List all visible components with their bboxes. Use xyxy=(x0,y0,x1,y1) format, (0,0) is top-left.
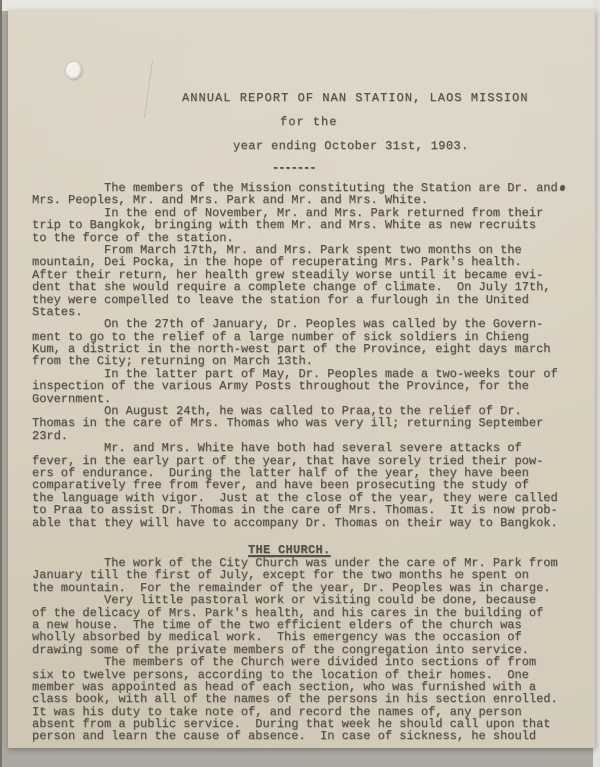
document-line: January till the first of July, except f… xyxy=(32,569,577,581)
document-line: they were compelled to leave the station… xyxy=(32,294,577,306)
document-line: trip to Bangkok, bringing with them Mr. … xyxy=(32,219,577,231)
page-title: ANNUAL REPORT OF NAN STATION, LAOS MISSI… xyxy=(182,91,529,105)
document-line: The members of the Church were divided i… xyxy=(32,656,577,668)
document-line: person and learn the cause of absence. I… xyxy=(32,730,577,742)
document-line: comparatively free from fever, and have … xyxy=(32,479,577,491)
document-line: On the 27th of January, Dr. Peoples was … xyxy=(32,318,577,330)
document-line: mountain, Dei Pocka, in the hope of recu… xyxy=(32,256,577,268)
section-heading: THE CHURCH. xyxy=(248,543,331,557)
document-line: Mrs. Peoples, Mr. and Mrs. Park and Mr. … xyxy=(32,194,577,206)
document-line: Very little pastoral work or visiting co… xyxy=(32,594,577,606)
paper-crease xyxy=(144,60,153,118)
document-line: from the City; returning on March 13th. xyxy=(32,355,577,367)
document-line: wholly absorbed by medical work. This em… xyxy=(32,631,577,643)
body-block-after-heading: The work of the City Church was under th… xyxy=(32,557,577,743)
scan-edge-left xyxy=(0,0,2,767)
document-line: Mr. and Mrs. White have both had several… xyxy=(32,442,577,454)
separator-dashes: ------- xyxy=(272,161,315,175)
document-page: ANNUAL REPORT OF NAN STATION, LAOS MISSI… xyxy=(8,10,595,748)
document-line: able that they will have to accompany Dr… xyxy=(32,517,577,529)
document-line: to Praa to assist Dr. Thomas in the care… xyxy=(32,504,577,516)
date-line: year ending October 31st, 1903. xyxy=(233,139,469,153)
hole-punch xyxy=(66,62,82,80)
document-line: Thomas in the care of Mrs. Thomas who wa… xyxy=(32,417,577,429)
document-line: dent that she would require a complete c… xyxy=(32,281,577,293)
body-block-before-heading: The members of the Mission constituting … xyxy=(32,182,577,529)
document-line: class book, with all of the names of the… xyxy=(32,693,577,705)
scan-background: ANNUAL REPORT OF NAN STATION, LAOS MISSI… xyxy=(0,0,600,767)
page-subtitle: for the xyxy=(280,115,337,129)
document-line: inspection of the various Army Posts thr… xyxy=(32,380,577,392)
